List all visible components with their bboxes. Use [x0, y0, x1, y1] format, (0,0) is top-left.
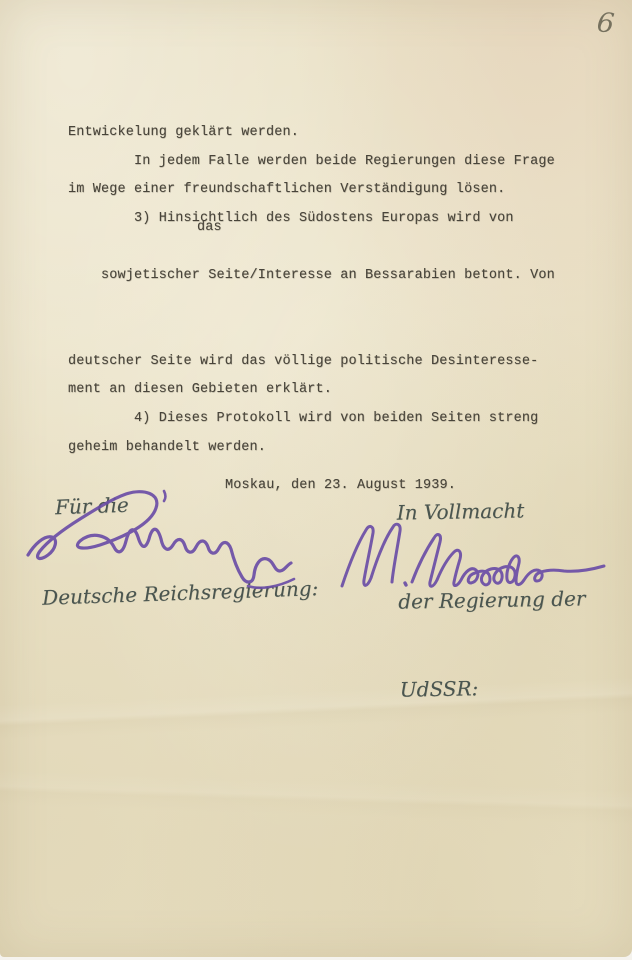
typed-line: 3) Hinsichtlich des Südostens Europas wi… — [68, 205, 588, 234]
ribbentrop-signature-tick — [164, 491, 166, 501]
typed-line: im Wege einer freundschaftlichen Verstän… — [68, 176, 588, 205]
molotov-signature-dot — [405, 583, 406, 585]
soviet-caption-line-3: UdSSR: — [400, 672, 588, 705]
typed-line: deutscher Seite wird das völlige politis… — [68, 348, 588, 377]
ribbentrop-signature-underline — [248, 579, 294, 588]
typed-line-text: sowjetischer Seite/Interesse an Bessarab… — [101, 268, 555, 283]
molotov-signature — [338, 520, 613, 600]
ribbentrop-signature — [20, 483, 305, 591]
handwritten-page-number: 6 — [595, 7, 615, 40]
molotov-signature-surname — [412, 535, 604, 587]
typed-line: Entwickelung geklärt werden. — [68, 119, 588, 148]
ribbentrop-signature-stroke — [28, 492, 291, 582]
typed-line: In jedem Falle werden beide Regierungen … — [68, 148, 588, 177]
typed-insertion-das: das — [197, 220, 222, 235]
typed-line: ment an diesen Gebieten erklärt. — [68, 376, 588, 405]
photographed-document-page: { "page": { "number": "6" }, "doc": { "l… — [0, 0, 632, 960]
typed-line-with-insertion: sowjetischer Seite/Interesse an Bessarab… — [68, 233, 588, 347]
molotov-signature-stroke — [342, 524, 400, 586]
